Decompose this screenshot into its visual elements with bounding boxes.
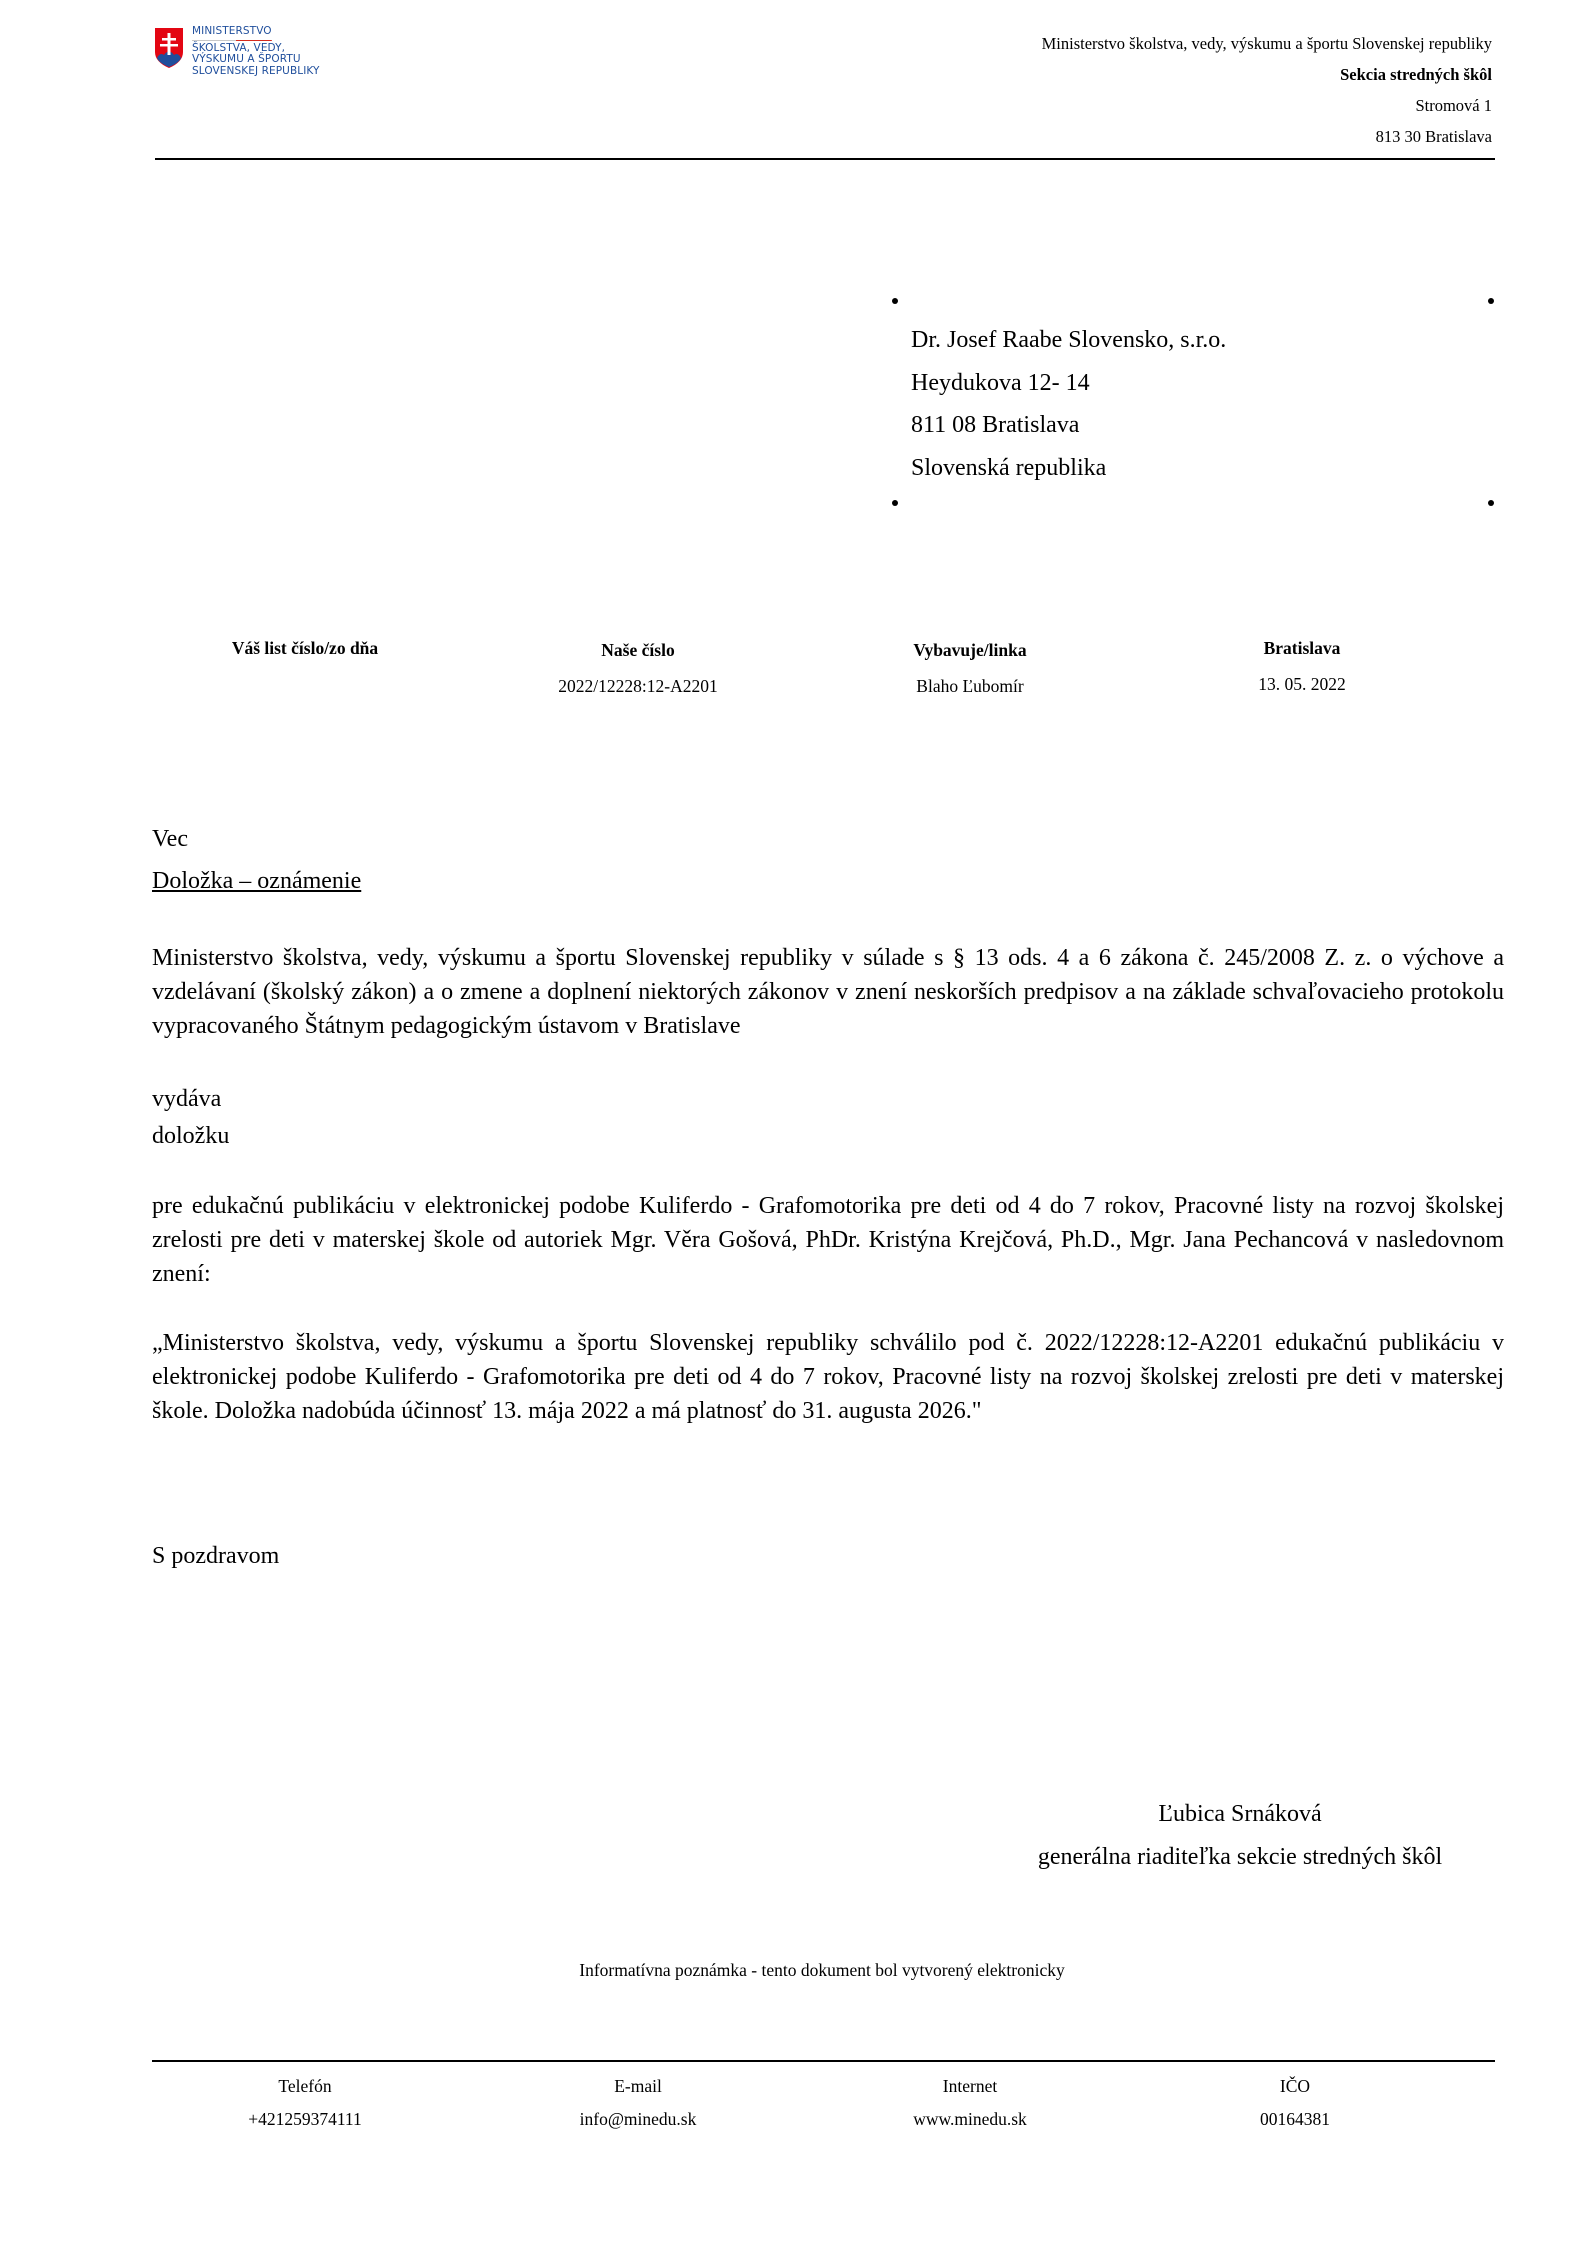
footer-website: Internet www.minedu.sk xyxy=(820,2070,1120,2136)
recipient-street: Heydukova 12- 14 xyxy=(911,362,1226,405)
address-window-corner-marker xyxy=(892,298,898,304)
signatory-title: generálna riaditeľka sekcie stredných šk… xyxy=(990,1836,1490,1879)
footer-label: E-mail xyxy=(488,2070,788,2103)
logo-line: VÝSKUMU A ŠPORTU xyxy=(192,54,320,66)
footer-label: Internet xyxy=(820,2070,1120,2103)
issues-word: vydáva xyxy=(152,1081,1504,1118)
recipient-country: Slovenská republika xyxy=(911,447,1226,490)
subject-title: Doložka – oznámenie xyxy=(152,860,1504,902)
closing: S pozdravom xyxy=(152,1539,1504,1573)
recipient-city: 811 08 Bratislava xyxy=(911,404,1226,447)
body-quote: „Ministerstvo školstva, vedy, výskumu a … xyxy=(152,1326,1504,1428)
sender-address: Ministerstvo školstva, vedy, výskumu a š… xyxy=(1042,28,1492,152)
logo-text: MINISTERSTVO ŠKOLSTVA, VEDY, VÝSKUMU A Š… xyxy=(192,26,320,77)
footer-label: Telefón xyxy=(155,2070,455,2103)
ministry-logo: MINISTERSTVO ŠKOLSTVA, VEDY, VÝSKUMU A Š… xyxy=(155,26,355,86)
footer-email: E-mail info@minedu.sk xyxy=(488,2070,788,2136)
reference-our-number: Naše číslo 2022/12228:12-A2201 xyxy=(488,632,788,704)
slovak-coat-of-arms-icon xyxy=(155,28,183,68)
subject-block: Vec Doložka – oznámenie xyxy=(152,818,1504,902)
reference-value: Blaho Ľubomír xyxy=(820,668,1120,704)
footer-value: +421259374111 xyxy=(155,2103,455,2136)
reference-your-letter: Váš list číslo/zo dňa xyxy=(155,630,455,702)
address-window-corner-marker xyxy=(1488,298,1494,304)
address-window-corner-marker xyxy=(892,500,898,506)
issues-clause-block: vydáva doložku xyxy=(152,1081,1504,1155)
footer-divider xyxy=(152,2060,1495,2062)
reference-value xyxy=(155,666,455,702)
reference-handled-by: Vybavuje/linka Blaho Ľubomír xyxy=(820,632,1120,704)
footer-label: IČO xyxy=(1145,2070,1445,2103)
recipient-name: Dr. Josef Raabe Slovensko, s.r.o. xyxy=(911,319,1226,362)
reference-label: Váš list číslo/zo dňa xyxy=(155,630,455,666)
reference-value: 13. 05. 2022 xyxy=(1152,666,1452,702)
sender-section: Sekcia stredných škôl xyxy=(1042,59,1492,90)
subject-label: Vec xyxy=(152,818,1504,860)
reference-label: Vybavuje/linka xyxy=(820,632,1120,668)
body-paragraph-2: pre edukačnú publikáciu v elektronickej … xyxy=(152,1189,1504,1291)
footer-value: info@minedu.sk xyxy=(488,2103,788,2136)
reference-label: Bratislava xyxy=(1152,630,1452,666)
body-paragraph-1: Ministerstvo školstva, vedy, výskumu a š… xyxy=(152,941,1504,1043)
reference-place-date: Bratislava 13. 05. 2022 xyxy=(1152,630,1452,702)
signatory-name: Ľubica Srnáková xyxy=(990,1793,1490,1836)
reference-value: 2022/12228:12-A2201 xyxy=(488,668,788,704)
recipient-address: Dr. Josef Raabe Slovensko, s.r.o. Heyduk… xyxy=(911,319,1226,489)
footer-company-id: IČO 00164381 xyxy=(1145,2070,1445,2136)
sender-city: 813 30 Bratislava xyxy=(1042,121,1492,152)
logo-line: MINISTERSTVO xyxy=(192,26,272,41)
footer-phone: Telefón +421259374111 xyxy=(155,2070,455,2136)
reference-label: Naše číslo xyxy=(488,632,788,668)
header-divider xyxy=(155,158,1495,160)
signature-block: Ľubica Srnáková generálna riaditeľka sek… xyxy=(990,1793,1490,1879)
footer-value: 00164381 xyxy=(1145,2103,1445,2136)
logo-line: SLOVENSKEJ REPUBLIKY xyxy=(192,66,320,78)
sender-ministry: Ministerstvo školstva, vedy, výskumu a š… xyxy=(1042,28,1492,59)
sender-street: Stromová 1 xyxy=(1042,90,1492,121)
clause-word: doložku xyxy=(152,1118,1504,1155)
address-window-corner-marker xyxy=(1488,500,1494,506)
footer-value: www.minedu.sk xyxy=(820,2103,1120,2136)
electronic-document-note: Informatívna poznámka - tento dokument b… xyxy=(152,1960,1492,1981)
